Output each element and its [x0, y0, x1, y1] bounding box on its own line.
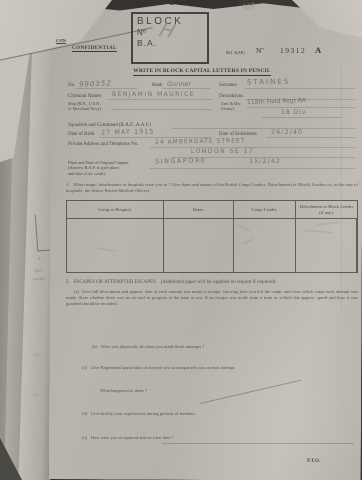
field-line: [172, 128, 355, 129]
question-2d: (d) Give briefly your experiences during…: [82, 411, 196, 417]
mi9-stamp-no-label: Nº: [256, 46, 264, 55]
under-sheet-fragment: (b): [34, 352, 40, 357]
address-value-line2: LONDON SE 17: [191, 148, 254, 155]
field-line: [99, 137, 211, 138]
pencil-nil-note: Nil: [242, 2, 255, 14]
cropped-stamp-fragment: OCK: [168, 0, 195, 7]
service-number-label: No.: [68, 83, 75, 90]
field-line: [267, 137, 355, 138]
camps-table-empty-cell: [67, 219, 164, 272]
question-2c: (c) Give Regimental particulars of anyon…: [82, 365, 236, 371]
question-2e-label: (e): [82, 435, 87, 440]
form-instruction-title: WRITE IN BLOCK CAPITAL LETTERS IN PENCIL: [112, 68, 292, 74]
unit-label-line1: Unit & Div.: [221, 101, 241, 106]
mi9-stamp-prefix: M.I. 9(AP): [226, 50, 245, 55]
mi9-stamp-suffix: A: [315, 45, 321, 55]
camps-table: Camp or Hospital. Dates. Camp Leader. De…: [66, 200, 358, 273]
under-sheet-fragment: escape: [33, 276, 45, 282]
confidential-label: CONFIDENTIAL: [72, 46, 117, 52]
capture-label-line1: Place and Date of Original Capture: [68, 160, 129, 165]
capture-label: Place and Date of Original Capture (Airc…: [68, 160, 148, 176]
field-line: [245, 88, 355, 89]
question-2e-text: How were you recaptured and on what date…: [91, 435, 174, 440]
question-2b: (b) Were you physically fit when you mad…: [92, 344, 204, 350]
surname-value: STAINES: [247, 78, 290, 87]
question-2-note: (Additional paper will be supplied on re…: [161, 280, 277, 285]
under-sheet-fragment: (c): [33, 392, 38, 397]
under-sheet-fragment: 2.: [38, 256, 42, 261]
question-2b-text: Were you physically fit when you made th…: [101, 344, 205, 349]
field-line: [112, 109, 212, 110]
date-of-enlistment-value: 26/2/40: [271, 128, 303, 136]
question-2c-followup-text: What happened to them ?: [100, 388, 147, 393]
surname-label: Surname: [219, 83, 237, 90]
question-2-heading: 2. ESCAPES OR ATTEMPTED ESCAPES. (Additi…: [66, 280, 358, 287]
capture-label-line3: and date of a/c crash).: [68, 171, 106, 176]
field-line: [150, 147, 355, 148]
question-1-text: What camps, detachments or hospitals wer…: [66, 182, 358, 193]
unit-value-line2: 18 Div: [281, 109, 306, 116]
date-of-birth-label: Date of Birth: [68, 132, 94, 139]
question-2c-label: (c): [82, 365, 87, 370]
camps-table-empty-cell: [296, 219, 357, 272]
question-2b-label: (b): [92, 344, 97, 349]
christian-names-value: BENJAMIN MAURICE: [112, 91, 195, 98]
question-2d-label: (d): [82, 411, 87, 416]
rank-value: Gunner: [167, 80, 191, 88]
decorations-label: Decorations: [219, 94, 243, 101]
under-sheet-fragment: from: [34, 268, 43, 274]
camps-table-body: [67, 219, 357, 272]
mi9-stamp-number: 19312: [280, 46, 306, 55]
field-line: [108, 99, 212, 100]
field-line: [162, 88, 210, 89]
pto-label: P.T.O.: [307, 459, 320, 464]
under-sheet-table-corner: [35, 214, 52, 252]
ship-label: Ship (R.N., U.S.N. or Merchant Navy): [68, 101, 128, 112]
rank-label: Rank: [152, 83, 163, 90]
question-2a-text: Give full description and approx. date o…: [66, 289, 358, 306]
field-line: [172, 157, 355, 158]
field-line: [76, 88, 138, 89]
ship-label-line1: Ship (R.N., U.S.N.: [68, 101, 100, 106]
christian-names-label: Christian Names: [68, 94, 101, 101]
form-instruction-text: WRITE IN BLOCK CAPITAL LETTERS IN PENCIL: [133, 68, 270, 76]
private-address-label: Private Address and Telephone No.: [68, 142, 139, 149]
camps-table-header-dates: Dates.: [164, 201, 234, 218]
pencil-rule-line: [162, 443, 354, 444]
question-2-number: 2.: [66, 280, 70, 285]
capture-label-line2: (Aircrew R.A.F. to give place: [68, 165, 119, 170]
camps-table-header-row: Camp or Hospital. Dates. Camp Leader. De…: [67, 201, 357, 219]
question-2c-followup: What happened to them ?: [100, 388, 147, 394]
question-2-title: ESCAPES OR ATTEMPTED ESCAPES.: [74, 280, 158, 285]
camps-table-header-camp: Camp or Hospital.: [67, 201, 164, 218]
question-2c-text: Give Regimental particulars of anyone wh…: [91, 365, 236, 370]
question-2a: (a) Give full description and approx. da…: [66, 289, 358, 308]
field-line: [262, 117, 342, 118]
unit-label-line2: (Army): [221, 106, 234, 111]
confidential-fragment-label: CON: [56, 38, 66, 44]
field-line: [245, 99, 355, 100]
date-of-birth-value: 27 MAY 1915: [101, 128, 155, 137]
camps-table-header-leader: Camp Leader.: [234, 201, 296, 218]
capture-date-value: 15/2/42: [249, 157, 281, 165]
field-line: [150, 168, 355, 169]
field-line: [247, 107, 355, 108]
question-1: 1. What camps, detachments or hospitals …: [66, 182, 358, 194]
question-1-number: 1.: [66, 182, 69, 187]
camps-table-header-detachment: Detachment or Block Leader (if any).: [296, 201, 357, 218]
ship-label-line2: or Merchant Navy): [68, 106, 101, 111]
question-2a-label: (a): [74, 289, 79, 294]
camps-table-empty-cell: [164, 219, 234, 272]
question-2d-text: Give briefly your experiences during per…: [91, 411, 196, 416]
question-2e: (e) How were you recaptured and on what …: [82, 435, 174, 441]
